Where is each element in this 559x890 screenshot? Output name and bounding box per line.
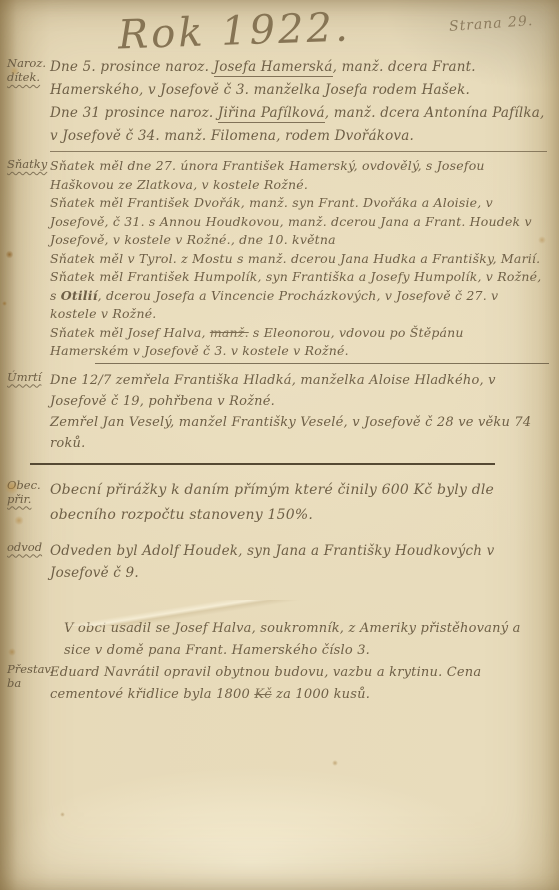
deaths-body: Dne 12/7 zemřela Františka Hladká, manže… — [50, 370, 559, 454]
underlined-name: Jiřina Pafílková — [218, 105, 325, 123]
births-body: Dne 5. prosince naroz. Josefa Hamerská, … — [50, 56, 559, 148]
margin-label-text: přir. — [7, 492, 31, 506]
paper-stain — [332, 760, 338, 766]
death-entry: Dne 12/7 zemřela Františka Hladká, manže… — [50, 370, 545, 412]
text-run: za 1000 kusů. — [272, 687, 370, 702]
section-marriages: Sňatky Sňatek měl dne 27. února Františe… — [0, 157, 559, 361]
conscription-entry: Odveden byl Adolf Houdek, syn Jana a Fra… — [50, 540, 545, 584]
marriage-entry: Sňatek měl v Tyrol. z Mostu s manž. dcer… — [50, 250, 545, 269]
margin-label-text: ba — [7, 676, 21, 690]
death-entry: Zemřel Jan Veselý, manžel Františky Vese… — [50, 412, 545, 454]
section-settlement: V obci usadil se Josef Halva, soukromník… — [0, 618, 559, 662]
conscription-body: Odveden byl Adolf Houdek, syn Jana a Fra… — [50, 540, 559, 584]
section-divider — [95, 363, 549, 364]
section-divider-heavy — [30, 463, 495, 465]
marriage-entry: Sňatek měl dne 27. února František Hamer… — [50, 157, 545, 194]
surtax-entry: Obecní přirážky k daním přímým které čin… — [50, 478, 545, 528]
margin-label-text: Sňatky — [7, 157, 47, 171]
struck-word: manž. — [210, 325, 249, 340]
margin-label-text: Obec. — [7, 478, 41, 492]
section-births: Naroz. dítek. Dne 5. prosince naroz. Jos… — [0, 56, 559, 148]
spacer — [0, 584, 559, 618]
section-divider — [50, 151, 547, 152]
birth-entry: Dne 5. prosince naroz. Josefa Hamerská, … — [50, 56, 545, 102]
struck-word: Kč — [254, 687, 271, 702]
margin-label-text: Úmrtí — [7, 370, 41, 384]
margin-label-marriages: Sňatky — [0, 157, 50, 171]
surtax-body: Obecní přirážky k daním přímým které čin… — [50, 478, 559, 528]
section-conscription: odvod Odveden byl Adolf Houdek, syn Jana… — [0, 540, 559, 584]
birth-entry: Dne 31 prosince naroz. Jiřina Pafílková,… — [50, 102, 545, 148]
section-deaths: Úmrtí Dne 12/7 zemřela Františka Hladká,… — [0, 370, 559, 454]
page-title: Rok 1922. — [117, 3, 378, 58]
margin-label-surtax: Obec. přir. — [0, 478, 50, 506]
rebuilding-body: Eduard Navrátil opravil obytnou budovu, … — [50, 662, 559, 706]
margin-label-births: Naroz. dítek. — [0, 56, 50, 84]
marriage-entry: Sňatek měl Josef Halva, manž. s Eleonoro… — [50, 324, 545, 361]
chronicle-page: Strana 29. Rok 1922. Naroz. dítek. Dne 5… — [0, 0, 559, 890]
settlement-entry: V obci usadil se Josef Halva, soukromník… — [64, 618, 545, 662]
emphasized-name: Otilií — [61, 288, 98, 303]
text-run: , dcerou Josefa a Vincencie Procházkovýc… — [50, 288, 498, 322]
marriage-entry: Sňatek měl František Dvořák, manž. syn F… — [50, 194, 545, 250]
spacer — [0, 528, 559, 540]
margin-label-text: odvod — [7, 540, 42, 554]
margin-label-text: Naroz. — [7, 56, 46, 70]
marriage-entry: Sňatek měl František Humpolík, syn Frant… — [50, 268, 545, 324]
page-number: Strana 29. — [448, 13, 533, 35]
section-surtax: Obec. přir. Obecní přirážky k daním přím… — [0, 478, 559, 528]
margin-label-text: dítek. — [7, 70, 40, 84]
margin-label-text: Přestav. — [7, 662, 53, 676]
marriages-body: Sňatek měl dne 27. února František Hamer… — [50, 157, 559, 361]
text-run: Dne 31 prosince naroz. — [50, 105, 218, 121]
text-run: Dne 5. prosince naroz. — [50, 59, 214, 75]
underlined-name: Josefa Hamerská — [214, 59, 333, 77]
rebuilding-entry: Eduard Navrátil opravil obytnou budovu, … — [50, 662, 545, 706]
section-rebuilding: Přestav. ba Eduard Navrátil opravil obyt… — [0, 662, 559, 706]
margin-label-deaths: Úmrtí — [0, 370, 50, 384]
settlement-body: V obci usadil se Josef Halva, soukromník… — [50, 618, 559, 662]
margin-label-rebuilding: Přestav. ba — [0, 662, 50, 690]
text-run: Sňatek měl Josef Halva, — [50, 325, 210, 340]
paper-stain — [60, 812, 65, 817]
margin-label-conscription: odvod — [0, 540, 50, 554]
